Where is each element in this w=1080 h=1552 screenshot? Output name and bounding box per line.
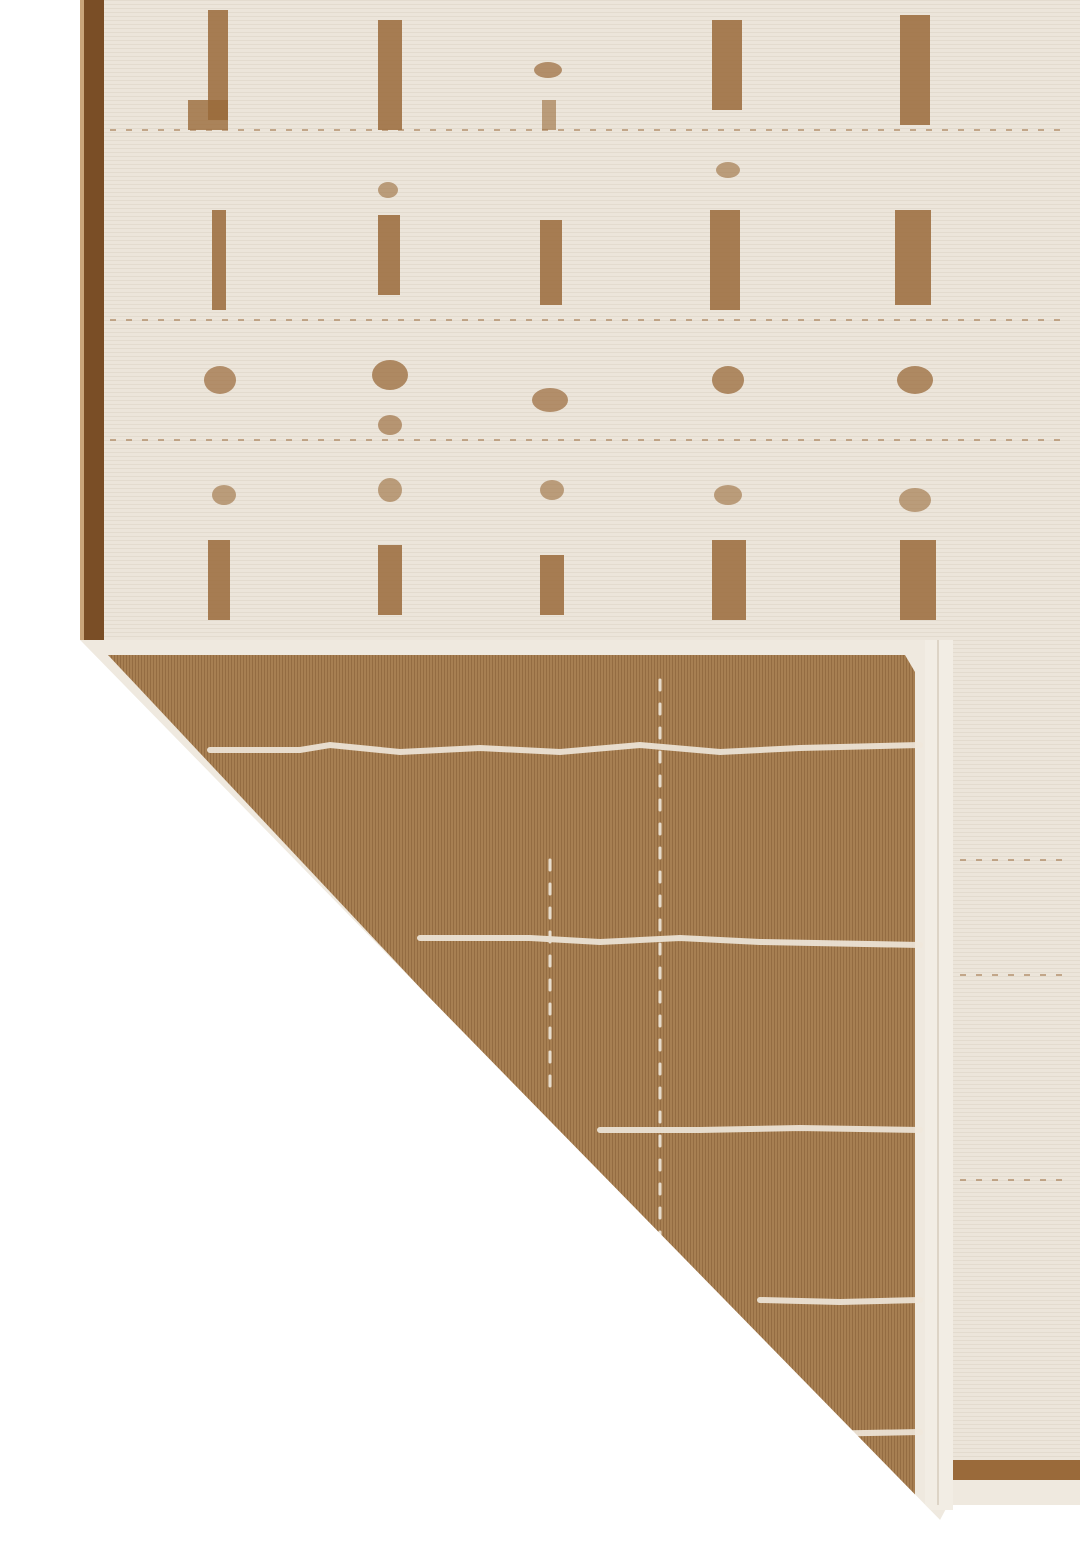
rug-photo [0, 0, 1080, 1552]
rug-illustration [0, 0, 1080, 1552]
